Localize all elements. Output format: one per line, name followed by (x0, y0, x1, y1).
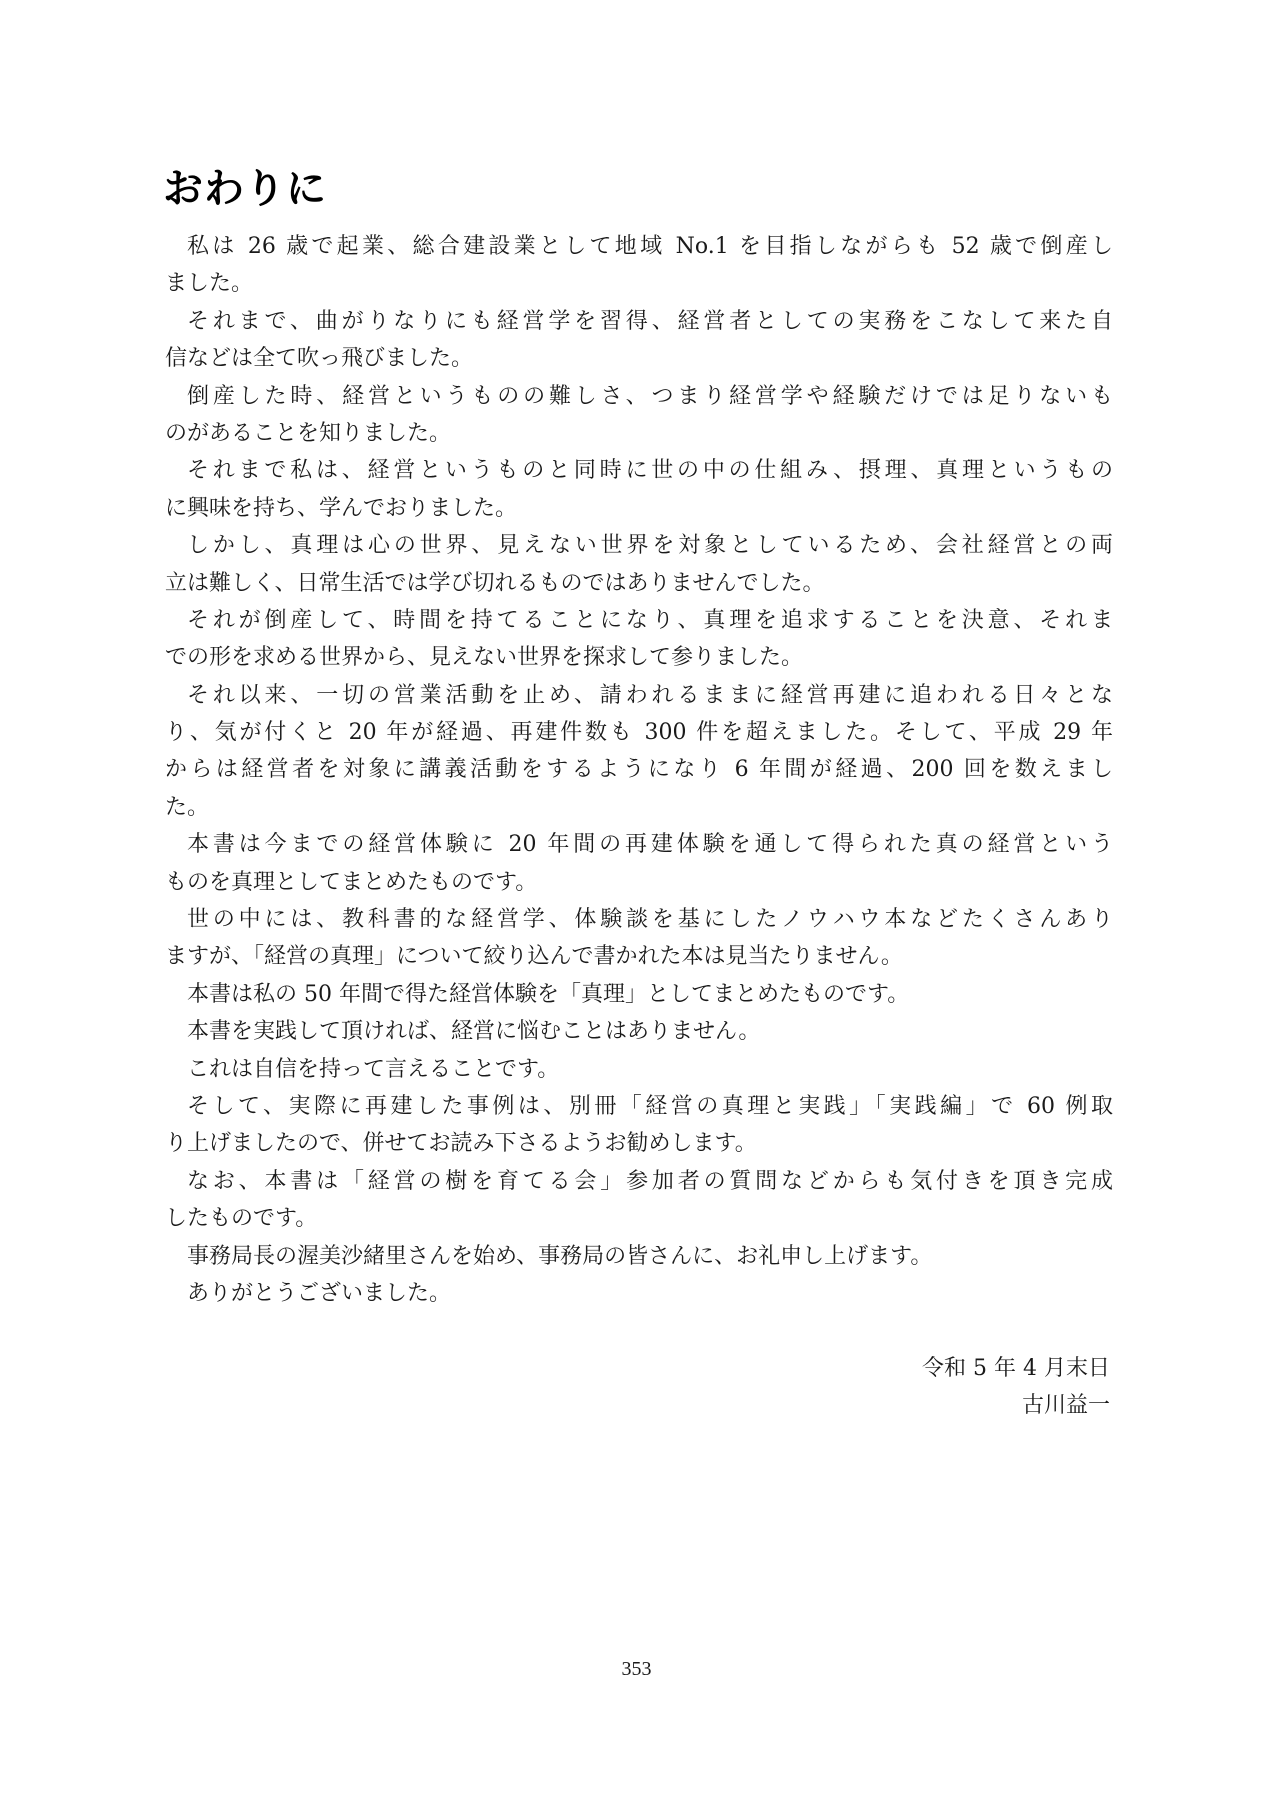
text-line: 事務局長の渥美沙緒里さんを始め、事務局の皆さんに、お礼申し上げます。 (165, 1238, 1113, 1275)
text-line: 世の中には、教科書的な経営学、体験談を基にしたノウハウ本などたくさんあり (165, 901, 1113, 938)
page-title: おわりに (163, 163, 327, 215)
signoff-author: 古川益一 (922, 1387, 1110, 1424)
text-line: そして、実際に再建した事例は、別冊「経営の真理と実践」「実践編」で 60 例取 (165, 1088, 1113, 1125)
text-line: 本書を実践して頂ければ、経営に悩むことはありません。 (165, 1013, 1113, 1050)
text-line: のがあることを知りました。 (165, 415, 1113, 452)
text-line: に興味を持ち、学んでおりました。 (165, 490, 1113, 527)
text-line: それが倒産して、時間を持てることになり、真理を追求することを決意、それま (165, 602, 1113, 639)
text-line: 信などは全て吹っ飛びました。 (165, 340, 1113, 377)
text-line: それ以来、一切の営業活動を止め、請われるままに経営再建に追われる日々とな (165, 677, 1113, 714)
signoff-date: 令和 5 年 4 月末日 (922, 1350, 1110, 1387)
body-text: 私は 26 歳で起業、総合建設業として地域 No.1 を目指しながらも 52 歳… (165, 228, 1113, 1312)
text-line: からは経営者を対象に講義活動をするようになり 6 年間が経過、200 回を数えま… (165, 751, 1113, 788)
text-line: り上げましたので、併せてお読み下さるようお勧めします。 (165, 1125, 1113, 1162)
text-line: ました。 (165, 265, 1113, 302)
text-line: それまで、曲がりなりにも経営学を習得、経営者としての実務をこなして来た自 (165, 303, 1113, 340)
text-line: それまで私は、経営というものと同時に世の中の仕組み、摂理、真理というもの (165, 452, 1113, 489)
text-line: ありがとうございました。 (165, 1275, 1113, 1312)
text-line: したものです。 (165, 1200, 1113, 1237)
signoff: 令和 5 年 4 月末日 古川益一 (922, 1350, 1110, 1425)
text-line: り、気が付くと 20 年が経過、再建件数も 300 件を超えました。そして、平成… (165, 714, 1113, 751)
text-line: ますが、「経営の真理」について絞り込んで書かれた本は見当たりません。 (165, 938, 1113, 975)
text-line: 私は 26 歳で起業、総合建設業として地域 No.1 を目指しながらも 52 歳… (165, 228, 1113, 265)
document-page: おわりに 私は 26 歳で起業、総合建設業として地域 No.1 を目指しながらも… (0, 0, 1273, 1800)
text-line: 本書は今までの経営体験に 20 年間の再建体験を通して得られた真の経営という (165, 826, 1113, 863)
text-line: なお、本書は「経営の樹を育てる会」参加者の質問などからも気付きを頂き完成 (165, 1163, 1113, 1200)
text-line: た。 (165, 789, 1113, 826)
text-line: 本書は私の 50 年間で得た経営体験を「真理」としてまとめたものです。 (165, 976, 1113, 1013)
text-line: での形を求める世界から、見えない世界を探求して参りました。 (165, 639, 1113, 676)
text-line: 倒産した時、経営というものの難しさ、つまり経営学や経験だけでは足りないも (165, 378, 1113, 415)
page-number: 353 (0, 1658, 1273, 1681)
text-line: ものを真理としてまとめたものです。 (165, 864, 1113, 901)
text-line: これは自信を持って言えることです。 (165, 1051, 1113, 1088)
text-line: 立は難しく、日常生活では学び切れるものではありませんでした。 (165, 565, 1113, 602)
text-line: しかし、真理は心の世界、見えない世界を対象としているため、会社経営との両 (165, 527, 1113, 564)
